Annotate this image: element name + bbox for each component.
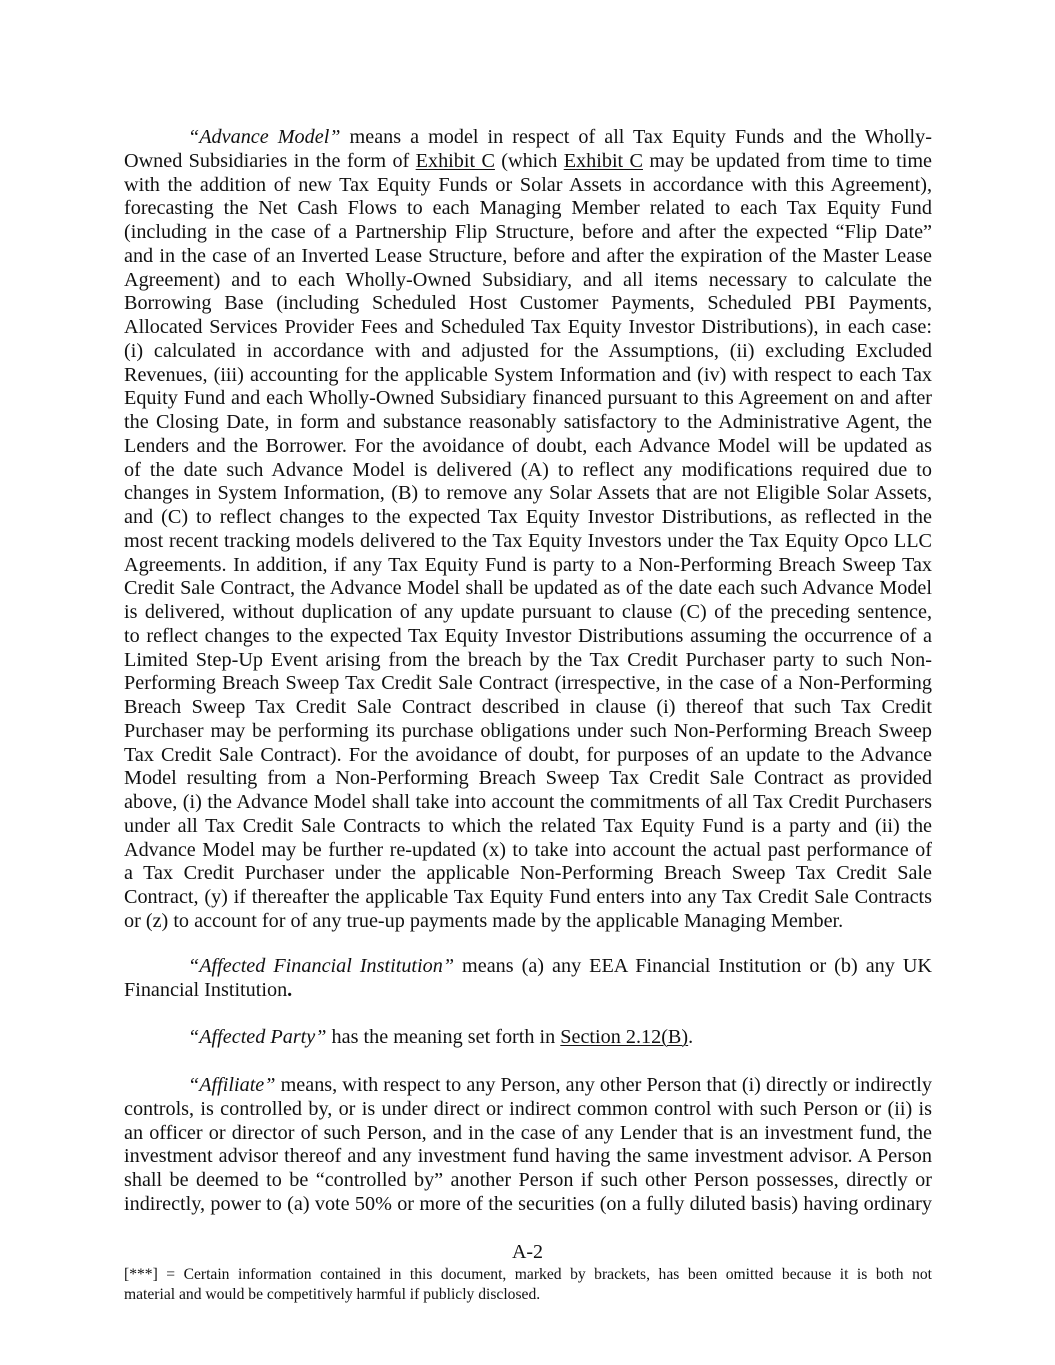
text-line: “Advance Model” means a model in respect… (124, 126, 932, 150)
footnote-line: material and would be competitively harm… (124, 1285, 932, 1305)
text-line: Performing Breach Sweep Tax Credit Sale … (124, 672, 932, 696)
text-line: “Affiliate” means, with respect to any P… (124, 1074, 932, 1098)
text-line: Equity Fund and each Wholly-Owned Subsid… (124, 387, 932, 411)
text-line: Breach Sweep Tax Credit Sale Contract de… (124, 696, 932, 720)
text-line: (including in the case of a Partnership … (124, 221, 932, 245)
definition-affiliate: “Affiliate” means, with respect to any P… (124, 1074, 932, 1217)
text-line: Financial Institution. (124, 979, 932, 1003)
text-line: Tax Credit Sale Contract). For the avoid… (124, 744, 932, 768)
text-line: an officer or director of such Person, a… (124, 1122, 932, 1146)
text-line: controls, is controlled by, or is under … (124, 1098, 932, 1122)
text-line: is delivered, without duplication of any… (124, 601, 932, 625)
text-line: a Tax Credit Purchaser under the applica… (124, 862, 932, 886)
text-line: Revenues, (iii) accounting for the appli… (124, 364, 932, 388)
text-line: and in the case of an Inverted Lease Str… (124, 245, 932, 269)
text-line: above, (i) the Advance Model shall take … (124, 791, 932, 815)
text-line: Agreement) and to each Wholly-Owned Subs… (124, 269, 932, 293)
text-line: Borrowing Base (including Scheduled Host… (124, 292, 932, 316)
text-line: Owned Subsidiaries in the form of Exhibi… (124, 150, 932, 174)
redaction-footnote: [***] = Certain information contained in… (124, 1265, 932, 1305)
definition-advance-model: “Advance Model” means a model in respect… (124, 126, 932, 934)
text-line: changes in System Information, (B) to re… (124, 482, 932, 506)
defined-term: “Affected Party” (188, 1026, 326, 1048)
text-line: shall be deemed to be “controlled by” an… (124, 1169, 932, 1193)
text-line: or (z) to account for of any true-up pay… (124, 910, 932, 934)
text-line: and (C) to reflect changes to the expect… (124, 506, 932, 530)
text-line: Limited Step-Up Event arising from the b… (124, 649, 932, 673)
text-line: Purchaser may be performing its purchase… (124, 720, 932, 744)
text-line: investment advisor thereof and any inves… (124, 1145, 932, 1169)
text-line: Lenders and the Borrower. For the avoida… (124, 435, 932, 459)
text-line: Agreements. In addition, if any Tax Equi… (124, 554, 932, 578)
text-line: most recent tracking models delivered to… (124, 530, 932, 554)
text-line: Model resulting from a Non-Performing Br… (124, 767, 932, 791)
text-line: the Closing Date, in form and substance … (124, 411, 932, 435)
cross-reference-link: Exhibit C (564, 150, 643, 172)
text-line: indirectly, power to (a) vote 50% or mor… (124, 1193, 932, 1217)
cross-reference-link: Section 2.12(B) (560, 1026, 688, 1048)
text-line: “Affected Party” has the meaning set for… (124, 1026, 932, 1050)
text-line: Contract, (y) if thereafter the applicab… (124, 886, 932, 910)
text-line: under all Tax Credit Sale Contracts to w… (124, 815, 932, 839)
text-line: with the addition of new Tax Equity Fund… (124, 174, 932, 198)
document-page: “Advance Model” means a model in respect… (0, 0, 1055, 1365)
text-line: of the date such Advance Model is delive… (124, 459, 932, 483)
definition-affected-financial-institution: “Affected Financial Institution” means (… (124, 955, 932, 1003)
text-line: to reflect changes to the expected Tax E… (124, 625, 932, 649)
text-line: forecasting the Net Cash Flows to each M… (124, 197, 932, 221)
defined-term: “Advance Model” (188, 126, 341, 148)
defined-term: “Affiliate” (188, 1074, 276, 1096)
text-line: Allocated Services Provider Fees and Sch… (124, 316, 932, 340)
footnote-line: [***] = Certain information contained in… (124, 1265, 932, 1285)
text-line: “Affected Financial Institution” means (… (124, 955, 932, 979)
text-line: Credit Sale Contract, the Advance Model … (124, 577, 932, 601)
text-line: (i) calculated in accordance with and ad… (124, 340, 932, 364)
text-line: Advance Model may be further re-updated … (124, 839, 932, 863)
definition-affected-party: “Affected Party” has the meaning set for… (124, 1026, 932, 1050)
page-number: A-2 (0, 1241, 1055, 1263)
cross-reference-link: Exhibit C (416, 150, 495, 172)
defined-term: “Affected Financial Institution” (188, 955, 454, 977)
